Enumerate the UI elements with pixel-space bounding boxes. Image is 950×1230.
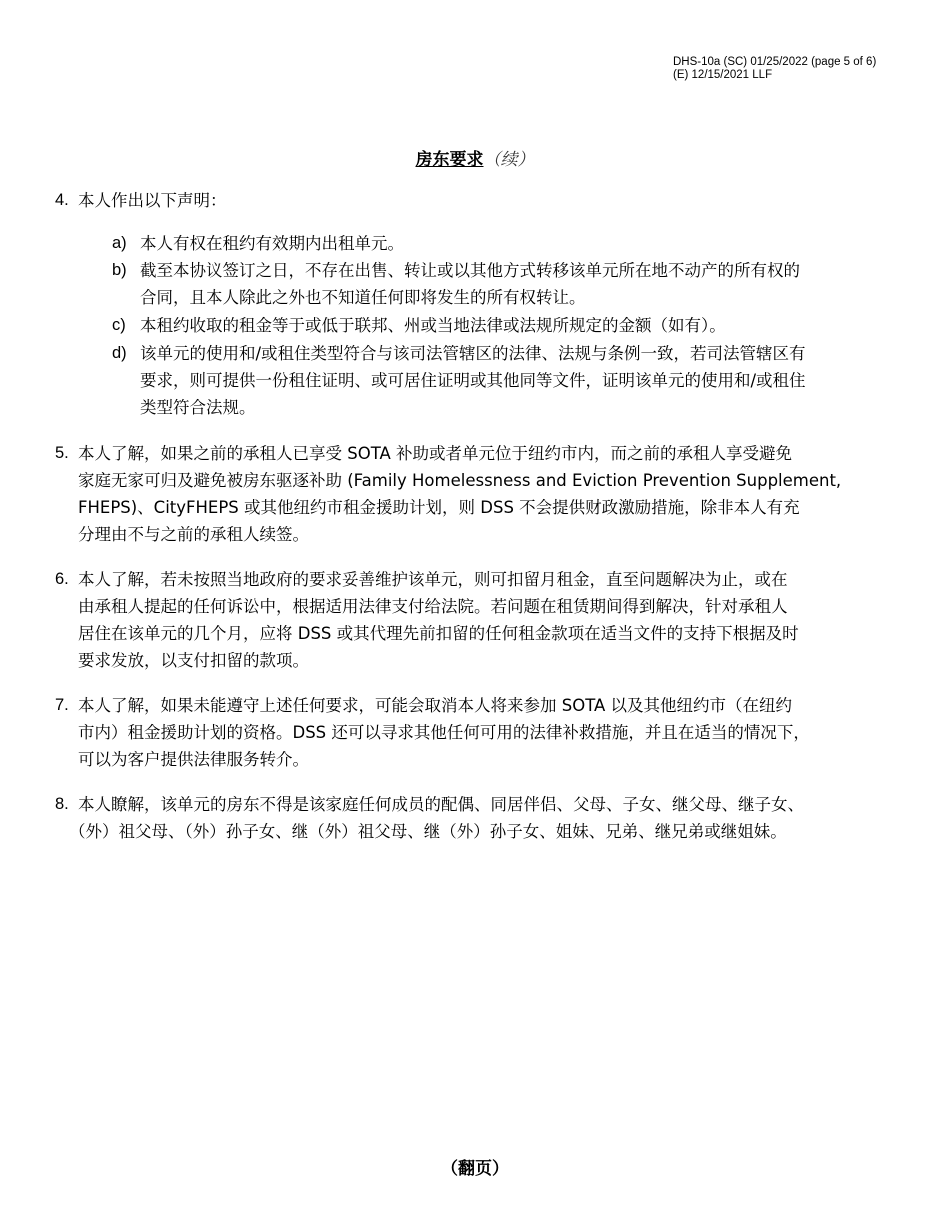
subclause-text: 截至本协议签订之日，不存在出售、转让或以其他方式转移该单元所在地不动产的所有权的 [112, 257, 902, 284]
form-code: DHS-10a (SC) 01/25/2022 (page 5 of 6) (E… [673, 56, 876, 82]
clause-7: 7. 本人了解，如果未能遵守上述任何要求，可能会取消本人将来参加 SOTA 以及… [55, 692, 915, 773]
clause-8: 8. 本人瞭解，该单元的房东不得是该家庭任何成员的配偶、同居伴侣、父母、子女、继… [55, 791, 915, 845]
clause-4: 4. 本人作出以下声明： [55, 187, 915, 214]
subclause-letter: a) [112, 230, 127, 257]
clause-text: 居住在该单元的几个月，应将 DSS 或其代理先前扣留的任何租金款项在适当文件的支… [55, 620, 915, 647]
clause-text: 分理由不与之前的承租人续签。 [55, 521, 915, 548]
subclause-text: 要求，则可提供一份租住证明、或可居住证明或其他同等文件，证明该单元的使用和/或租… [112, 367, 902, 394]
clause-text: 本人了解，如果之前的承租人已享受 SOTA 补助或者单元位于纽约市内，而之前的承… [55, 440, 915, 467]
clause-4d: d) 该单元的使用和/或租住类型符合与该司法管辖区的法律、法规与条例一致，若司法… [112, 340, 902, 421]
clause-4a: a) 本人有权在租约有效期内出租单元。 [112, 230, 902, 257]
clause-number: 8. [55, 791, 69, 818]
subclause-letter: c) [112, 312, 126, 339]
clause-text: 本人了解，如果未能遵守上述任何要求，可能会取消本人将来参加 SOTA 以及其他纽… [55, 692, 915, 719]
clause-4c: c) 本租约收取的租金等于或低于联邦、州或当地法律或法规所规定的金额（如有）。 [112, 312, 902, 339]
clause-text: 家庭无家可归及避免被房东驱逐补助 (Family Homelessness an… [55, 467, 915, 494]
subclause-text: 该单元的使用和/或租住类型符合与该司法管辖区的法律、法规与条例一致，若司法管辖区… [112, 340, 902, 367]
form-code-line2: (E) 12/15/2021 LLF [673, 69, 876, 82]
subclause-text: 本租约收取的租金等于或低于联邦、州或当地法律或法规所规定的金额（如有）。 [112, 312, 902, 339]
clause-text: 由承租人提起的任何诉讼中，根据适用法律支付给法院。若问题在租赁期间得到解决，针对… [55, 593, 915, 620]
section-title-continued: （续） [484, 150, 535, 170]
clause-text: 要求发放，以支付扣留的款项。 [55, 647, 915, 674]
clause-text: FHEPS)、CityFHEPS 或其他纽约市租金援助计划，则 DSS 不会提供… [55, 494, 915, 521]
clause-text: 本人作出以下声明： [55, 187, 915, 214]
subclause-text: 本人有权在租约有效期内出租单元。 [112, 230, 902, 257]
clause-5: 5. 本人了解，如果之前的承租人已享受 SOTA 补助或者单元位于纽约市内，而之… [55, 440, 915, 548]
clause-number: 7. [55, 692, 69, 719]
clause-6: 6. 本人了解，若未按照当地政府的要求妥善维护该单元，则可扣留月租金，直至问题解… [55, 566, 915, 674]
clause-text: 市内）租金援助计划的资格。DSS 还可以寻求其他任何可用的法律补救措施，并且在适… [55, 719, 915, 746]
clause-text: 本人瞭解，该单元的房东不得是该家庭任何成员的配偶、同居伴侣、父母、子女、继父母、… [55, 791, 915, 818]
subclause-text: 合同，且本人除此之外也不知道任何即将发生的所有权转让。 [112, 284, 902, 311]
clause-number: 4. [55, 187, 69, 214]
clause-number: 5. [55, 440, 69, 467]
section-title: 房东要求（续） [0, 145, 950, 170]
form-code-line1: DHS-10a (SC) 01/25/2022 (page 5 of 6) [673, 56, 876, 69]
clause-number: 6. [55, 566, 69, 593]
section-title-main: 房东要求 [416, 150, 484, 170]
clause-4b: b) 截至本协议签订之日，不存在出售、转让或以其他方式转移该单元所在地不动产的所… [112, 257, 902, 311]
clause-text: （外）祖父母、（外）孙子女、继（外）祖父母、继（外）孙子女、姐妹、兄弟、继兄弟或… [55, 818, 915, 845]
clause-text: 可以为客户提供法律服务转介。 [55, 746, 915, 773]
subclause-letter: b) [112, 257, 127, 284]
clause-text: 本人了解，若未按照当地政府的要求妥善维护该单元，则可扣留月租金，直至问题解决为止… [55, 566, 915, 593]
turn-page-note: （翻页） [0, 1154, 950, 1179]
subclause-text: 类型符合法规。 [112, 394, 902, 421]
subclause-letter: d) [112, 340, 127, 367]
